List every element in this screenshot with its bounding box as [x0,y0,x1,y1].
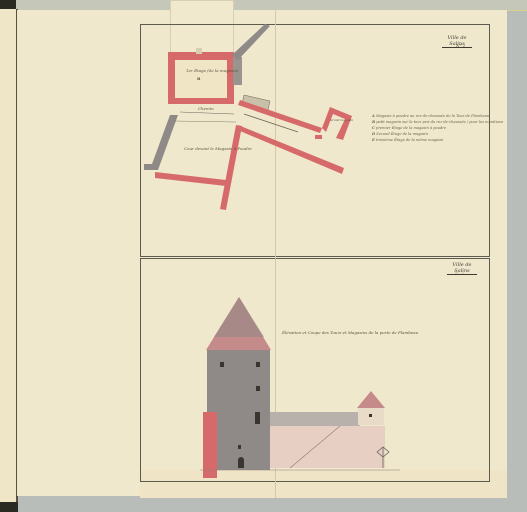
courtyard-label: Cour devant le Magasin à Poudre [184,146,252,151]
plan-number: N° 2 [456,43,465,48]
elevation-caption: Élévation et Coupe des Tours et Magasins… [282,330,418,335]
elevation-drawing [200,297,400,478]
room-b-label: 1er Étage (de la magasin) [186,68,239,73]
drawing-svg [0,0,527,512]
room-b-letter: B [197,76,200,81]
small-room-label: Grand magasin [330,118,353,122]
plan-legend: A Magasin à poudre au rez-de-chaussée de… [372,113,503,143]
passage-label: Chemin [198,106,214,111]
elevation-number: N° 2 [455,270,464,275]
plan-drawing [144,24,352,210]
legend-item: E troisième Étage de la même magasin [372,137,503,143]
